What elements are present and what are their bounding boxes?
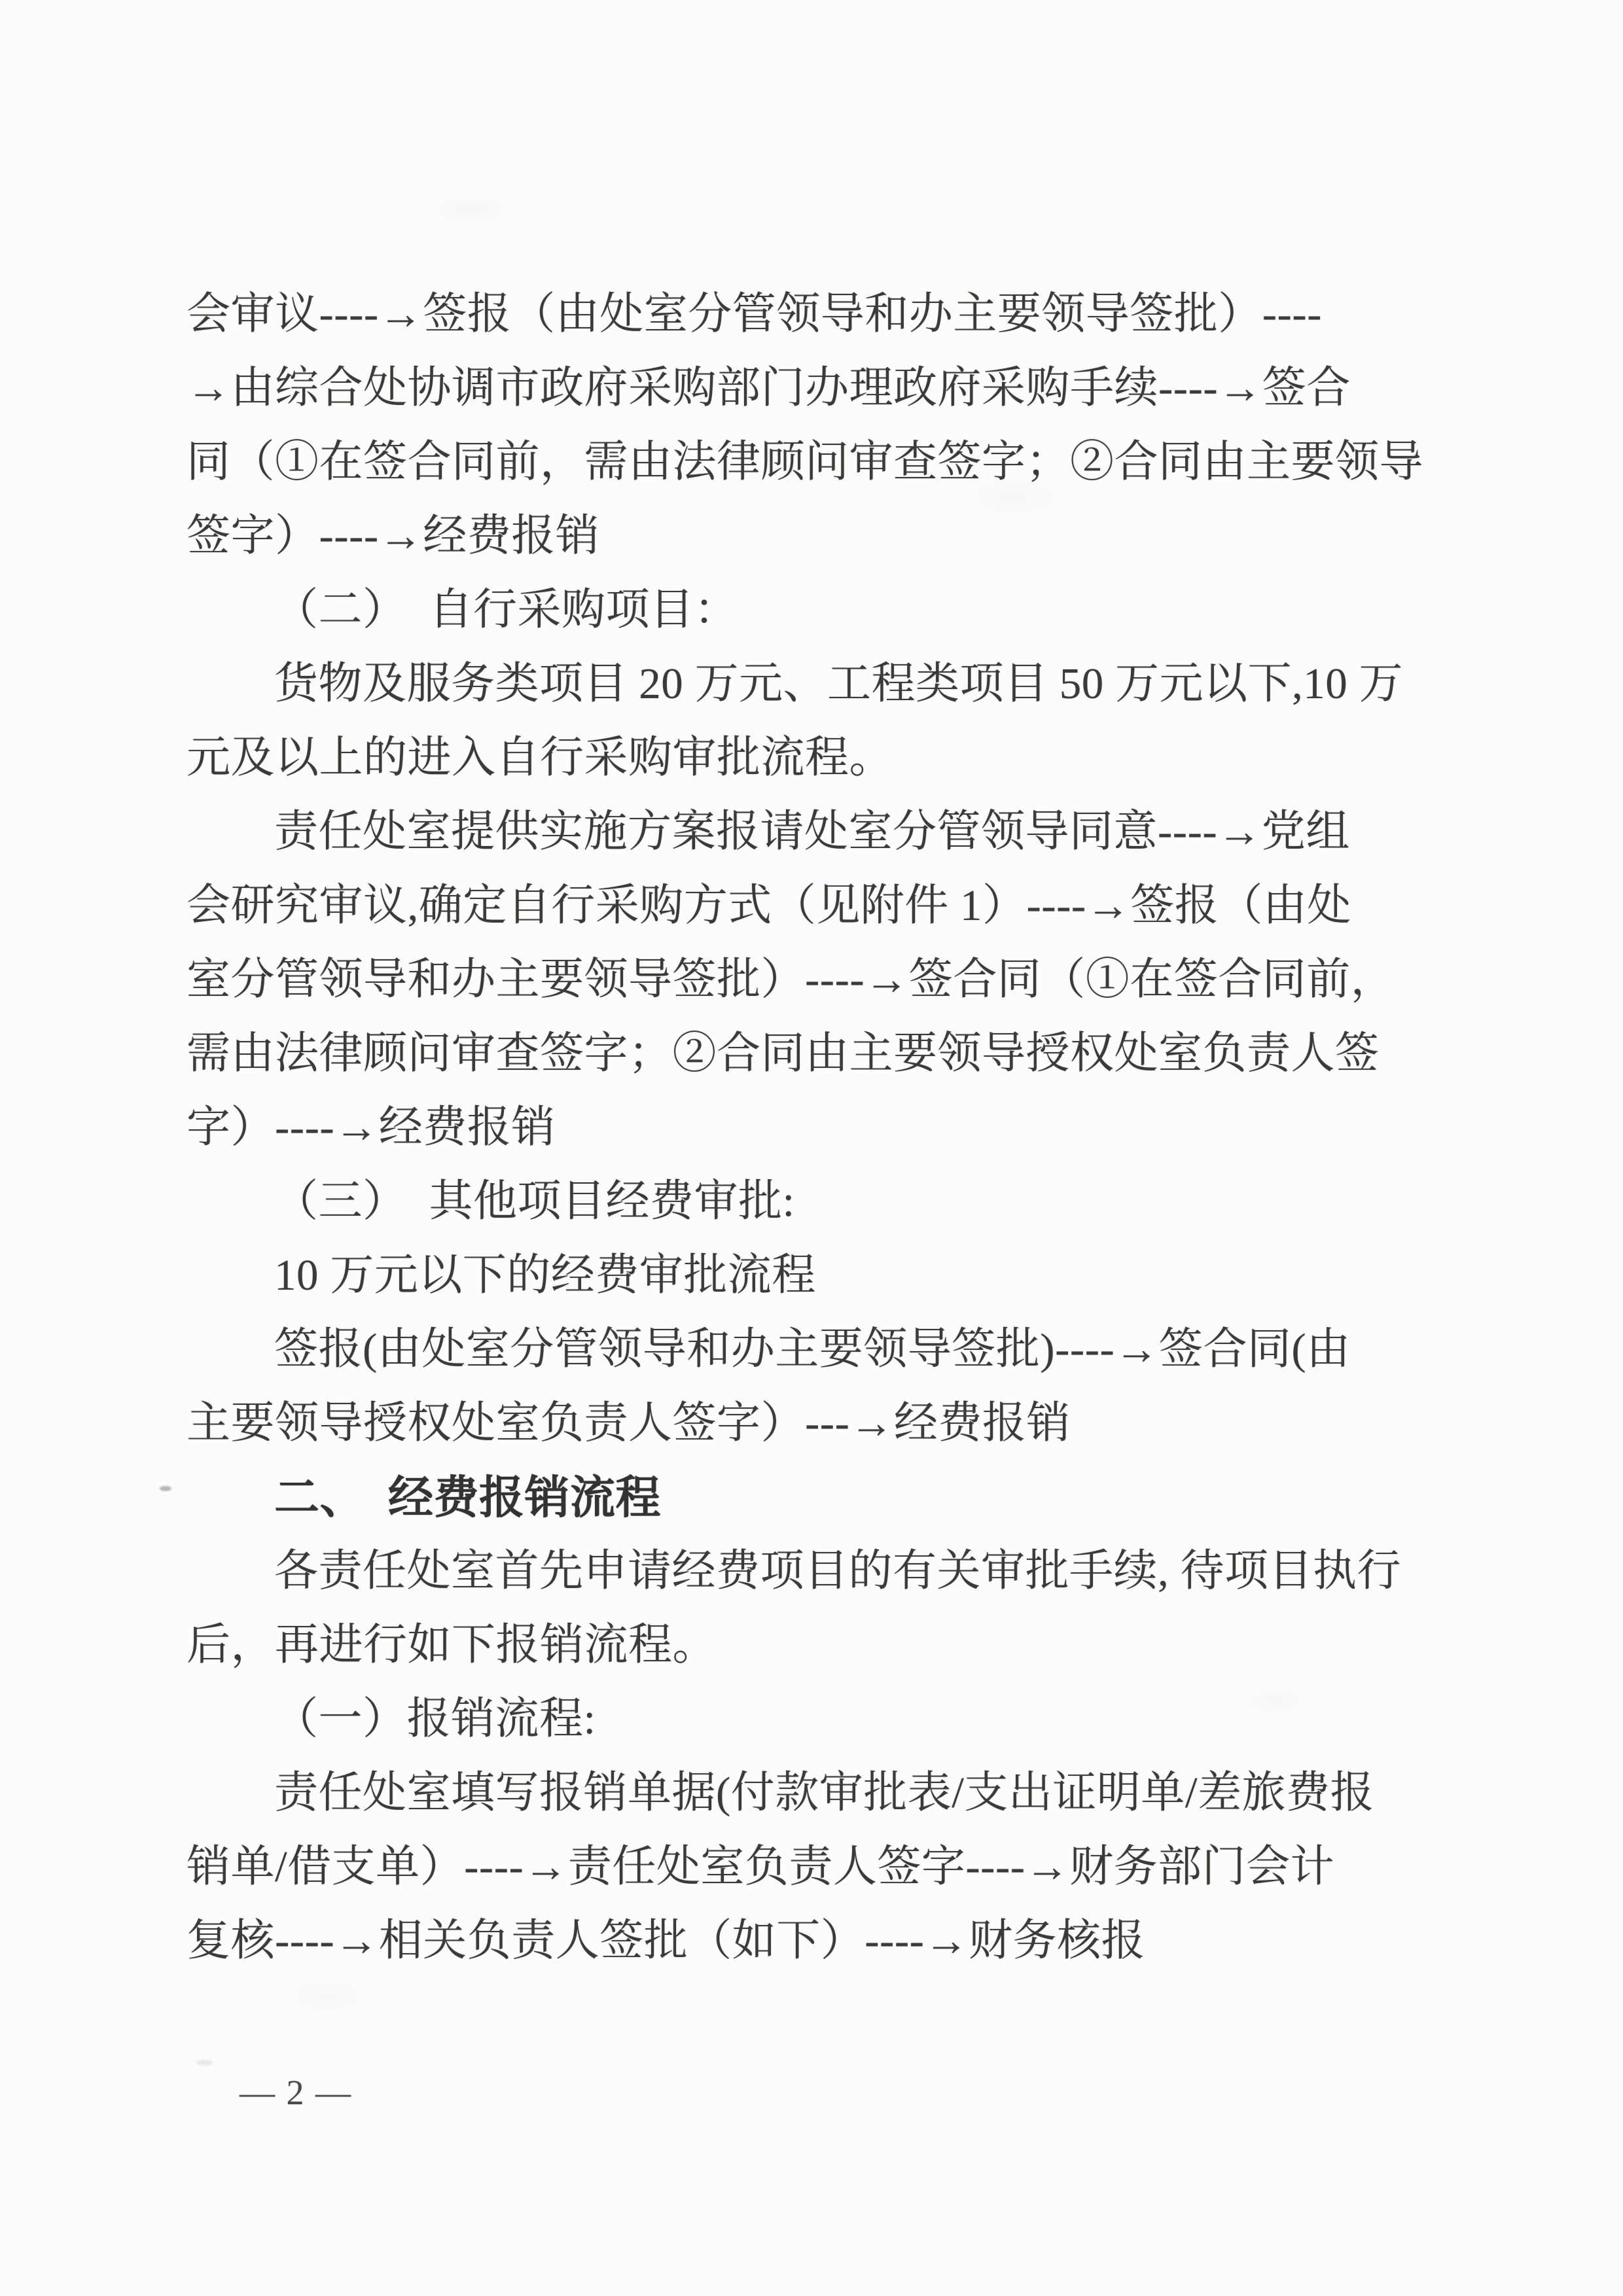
- text-line: →由综合处协调市政府采购部门办理政府采购手续----→签合: [187, 351, 1430, 425]
- text-line: 需由法律顾问审查签字；②合同由主要领导授权处室负责人签: [187, 1017, 1430, 1091]
- text-line: （二） 自行采购项目：: [187, 573, 1430, 647]
- text-line: 签报(由处室分管领导和办主要领导签批)----→签合同(由: [187, 1313, 1430, 1386]
- text-line: 复核----→相关负责人签批（如下）----→财务核报: [187, 1904, 1430, 1978]
- scanned-document-page: 会审议----→签报（由处室分管领导和办主要领导签批）----→由综合处协调市政…: [0, 0, 1623, 2296]
- scan-speck: [196, 2060, 213, 2066]
- scan-speck: [160, 1486, 171, 1491]
- text-line: 各责任处室首先申请经费项目的有关审批手续, 待项目执行: [187, 1534, 1430, 1608]
- text-line: 责任处室填写报销单据(付款审批表/支出证明单/差旅费报: [187, 1756, 1430, 1830]
- page-number: — 2 —: [240, 2066, 352, 2119]
- text-line: 室分管领导和办主要领导签批）----→签合同（①在签合同前，: [187, 943, 1430, 1017]
- text-line: 字）----→经费报销: [187, 1091, 1430, 1165]
- text-line: 主要领导授权处室负责人签字）---→经费报销: [187, 1386, 1430, 1460]
- text-line: 10 万元以下的经费审批流程: [187, 1239, 1430, 1313]
- text-line: 元及以上的进入自行采购审批流程。: [187, 721, 1430, 795]
- text-line: 责任处室提供实施方案报请处室分管领导同意----→党组: [187, 795, 1430, 869]
- text-line: 会审议----→签报（由处室分管领导和办主要领导签批）----: [187, 277, 1430, 351]
- text-line: （三） 其他项目经费审批:: [187, 1165, 1430, 1239]
- text-line: （一）报销流程:: [187, 1682, 1430, 1756]
- text-line: 销单/借支单）----→责任处室负责人签字----→财务部门会计: [187, 1830, 1430, 1904]
- text-line: 签字）----→经费报销: [187, 499, 1430, 573]
- text-line: 会研究审议,确定自行采购方式（见附件 1）----→签报（由处: [187, 869, 1430, 943]
- section-heading-line: 二、 经费报销流程: [187, 1460, 1430, 1534]
- text-line: 货物及服务类项目 20 万元、工程类项目 50 万元以下,10 万: [187, 647, 1430, 721]
- document-lines: 会审议----→签报（由处室分管领导和办主要领导签批）----→由综合处协调市政…: [187, 277, 1430, 1978]
- text-line: 后，再进行如下报销流程。: [187, 1608, 1430, 1682]
- text-line: 同（①在签合同前，需由法律顾问审查签字；②合同由主要领导: [187, 425, 1430, 499]
